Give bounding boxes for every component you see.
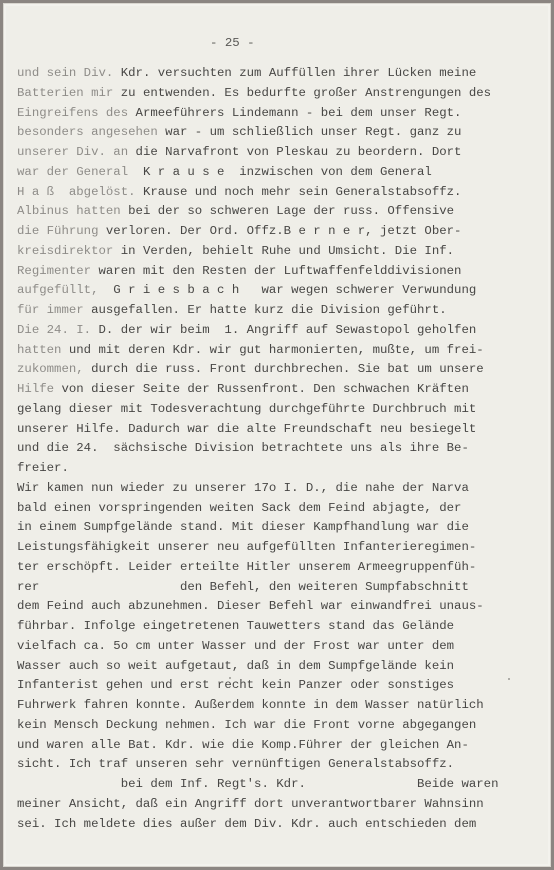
text-line: in einem Sumpfgelände stand. Mit dieser …	[17, 518, 499, 538]
faded-text: aufgefüllt,	[17, 283, 98, 297]
text-line: Wasser auch so weit aufgetaut, daß in de…	[17, 657, 499, 677]
line-text: sicht. Ich traf unseren sehr vernünftige…	[17, 757, 454, 771]
text-line: bei dem Inf. Regt's. Kdr. Beide waren	[17, 775, 499, 795]
line-text: G r i e s b a c h war wegen schwerer Ver…	[98, 283, 476, 297]
line-text: Armeeführers Lindemann - bei dem unser R…	[128, 106, 461, 120]
line-text: freier.	[17, 461, 69, 475]
text-line: bald einen vorspringenden weiten Sack de…	[17, 499, 499, 519]
faded-text: kreisdirektor	[17, 244, 113, 258]
text-line: sicht. Ich traf unseren sehr vernünftige…	[17, 755, 499, 775]
text-line: Hilfe von dieser Seite der Russenfront. …	[17, 380, 499, 400]
faded-text: Die 24. I.	[17, 323, 91, 337]
line-text: Fuhrwerk fahren konnte. Außerdem konnte …	[17, 698, 484, 712]
line-text: waren mit den Resten der Luftwaffenfeldd…	[91, 264, 461, 278]
line-text: Krause und noch mehr sein Generalstabsof…	[136, 185, 462, 199]
line-text: sei. Ich meldete dies außer dem Div. Kdr…	[17, 817, 476, 831]
paper-speck	[229, 677, 231, 679]
line-text: meiner Ansicht, daß ein Angriff dort unv…	[17, 797, 484, 811]
faded-text: zukommen,	[17, 362, 84, 376]
text-line: freier.	[17, 459, 499, 479]
text-line: H a ß abgelöst. Krause und noch mehr sei…	[17, 183, 499, 203]
text-line: Eingreifens des Armeeführers Lindemann -…	[17, 104, 499, 124]
text-line: und sein Div. Kdr. versuchten zum Auffül…	[17, 64, 499, 84]
text-line: aufgefüllt, G r i e s b a c h war wegen …	[17, 281, 499, 301]
text-line: zukommen, durch die russ. Front durchbre…	[17, 360, 499, 380]
line-text: vielfach ca. 5o cm unter Wasser und der …	[17, 639, 454, 653]
faded-text: für immer	[17, 303, 84, 317]
faded-text: Albinus hatten	[17, 204, 121, 218]
line-text: bald einen vorspringenden weiten Sack de…	[17, 501, 461, 515]
line-text: ter erschöpft. Leider erteilte Hitler un…	[17, 560, 476, 574]
text-line: Albinus hatten bei der so schweren Lage …	[17, 202, 499, 222]
line-text: die Narvafront von Pleskau zu beordern. …	[128, 145, 461, 159]
text-line: vielfach ca. 5o cm unter Wasser und der …	[17, 637, 499, 657]
text-line: unserer Div. an die Narvafront von Plesk…	[17, 143, 499, 163]
faded-text: Regimenter	[17, 264, 91, 278]
line-text: kein Mensch Deckung nehmen. Ich war die …	[17, 718, 476, 732]
line-text: und die 24. sächsische Division betracht…	[17, 441, 469, 455]
line-text: bei dem Inf. Regt's. Kdr. Beide waren	[17, 777, 499, 791]
text-line: hatten und mit deren Kdr. wir gut harmon…	[17, 341, 499, 361]
text-line: führbar. Infolge eingetretenen Tauwetter…	[17, 617, 499, 637]
line-text: von dieser Seite der Russenfront. Den sc…	[54, 382, 469, 396]
text-line: und waren alle Bat. Kdr. wie die Komp.Fü…	[17, 736, 499, 756]
text-line: Batterien mir zu entwenden. Es bedurfte …	[17, 84, 499, 104]
text-line: gelang dieser mit Todesverachtung durchg…	[17, 400, 499, 420]
text-line: meiner Ansicht, daß ein Angriff dort unv…	[17, 795, 499, 815]
faded-text: die Führung	[17, 224, 98, 238]
text-line: die Führung verloren. Der Ord. Offz.B e …	[17, 222, 499, 242]
line-text: in Verden, behielt Ruhe und Umsicht. Die…	[113, 244, 454, 258]
text-line: war der General K r a u s e inzwischen v…	[17, 163, 499, 183]
text-line: Die 24. I. D. der wir beim 1. Angriff au…	[17, 321, 499, 341]
line-text: gelang dieser mit Todesverachtung durchg…	[17, 402, 476, 416]
text-line: sei. Ich meldete dies außer dem Div. Kdr…	[17, 815, 499, 835]
text-line: Infanterist gehen und erst recht kein Pa…	[17, 676, 499, 696]
paper-speck	[508, 678, 510, 680]
line-text: Infanterist gehen und erst recht kein Pa…	[17, 678, 454, 692]
text-line: für immer ausgefallen. Er hatte kurz die…	[17, 301, 499, 321]
line-text: war - um schließlich unser Regt. ganz zu	[158, 125, 462, 139]
line-text: D. der wir beim 1. Angriff auf Sewastopo…	[91, 323, 476, 337]
text-line: unserer Hilfe. Dadurch war die alte Freu…	[17, 420, 499, 440]
text-line: besonders angesehen war - um schließlich…	[17, 123, 499, 143]
line-text: unserer Hilfe. Dadurch war die alte Freu…	[17, 422, 476, 436]
faded-text: Hilfe	[17, 382, 54, 396]
line-text: und mit deren Kdr. wir gut harmonierten,…	[61, 343, 483, 357]
faded-text: unserer Div. an	[17, 145, 128, 159]
faded-text: und sein Div.	[17, 66, 113, 80]
line-text: Kdr. versuchten zum Auffüllen ihrer Lück…	[113, 66, 476, 80]
faded-text: Eingreifens des	[17, 106, 128, 120]
line-text: Wir kamen nun wieder zu unserer 17o I. D…	[17, 481, 469, 495]
faded-text: besonders angesehen	[17, 125, 158, 139]
line-text: bei der so schweren Lage der russ. Offen…	[121, 204, 454, 218]
line-text: verloren. Der Ord. Offz.B e r n e r, jet…	[98, 224, 461, 238]
text-line: kreisdirektor in Verden, behielt Ruhe un…	[17, 242, 499, 262]
line-text: rer den Befehl, den weiteren Sumpfabschn…	[17, 580, 469, 594]
page-number: - 25 -	[210, 36, 255, 50]
text-line: ter erschöpft. Leider erteilte Hitler un…	[17, 558, 499, 578]
text-line: Wir kamen nun wieder zu unserer 17o I. D…	[17, 479, 499, 499]
text-line: Fuhrwerk fahren konnte. Außerdem konnte …	[17, 696, 499, 716]
line-text: in einem Sumpfgelände stand. Mit dieser …	[17, 520, 469, 534]
line-text: durch die russ. Front durchbrechen. Sie …	[84, 362, 484, 376]
faded-text: war der General	[17, 165, 128, 179]
line-text: K r a u s e inzwischen von dem General	[128, 165, 432, 179]
text-line: und die 24. sächsische Division betracht…	[17, 439, 499, 459]
faded-text: Batterien mir	[17, 86, 113, 100]
text-line: dem Feind auch abzunehmen. Dieser Befehl…	[17, 597, 499, 617]
line-text: ausgefallen. Er hatte kurz die Division …	[84, 303, 447, 317]
faded-text: H a ß abgelöst.	[17, 185, 136, 199]
line-text: führbar. Infolge eingetretenen Tauwetter…	[17, 619, 454, 633]
text-line: Leistungsfähigkeit unserer neu aufgefüll…	[17, 538, 499, 558]
line-text: Wasser auch so weit aufgetaut, daß in de…	[17, 659, 454, 673]
line-text: und waren alle Bat. Kdr. wie die Komp.Fü…	[17, 738, 469, 752]
faded-text: hatten	[17, 343, 61, 357]
line-text: Leistungsfähigkeit unserer neu aufgefüll…	[17, 540, 476, 554]
line-text: dem Feind auch abzunehmen. Dieser Befehl…	[17, 599, 484, 613]
text-line: rer den Befehl, den weiteren Sumpfabschn…	[17, 578, 499, 598]
body-text: und sein Div. Kdr. versuchten zum Auffül…	[17, 64, 499, 834]
text-line: kein Mensch Deckung nehmen. Ich war die …	[17, 716, 499, 736]
text-line: Regimenter waren mit den Resten der Luft…	[17, 262, 499, 282]
line-text: zu entwenden. Es bedurfte großer Anstren…	[113, 86, 491, 100]
